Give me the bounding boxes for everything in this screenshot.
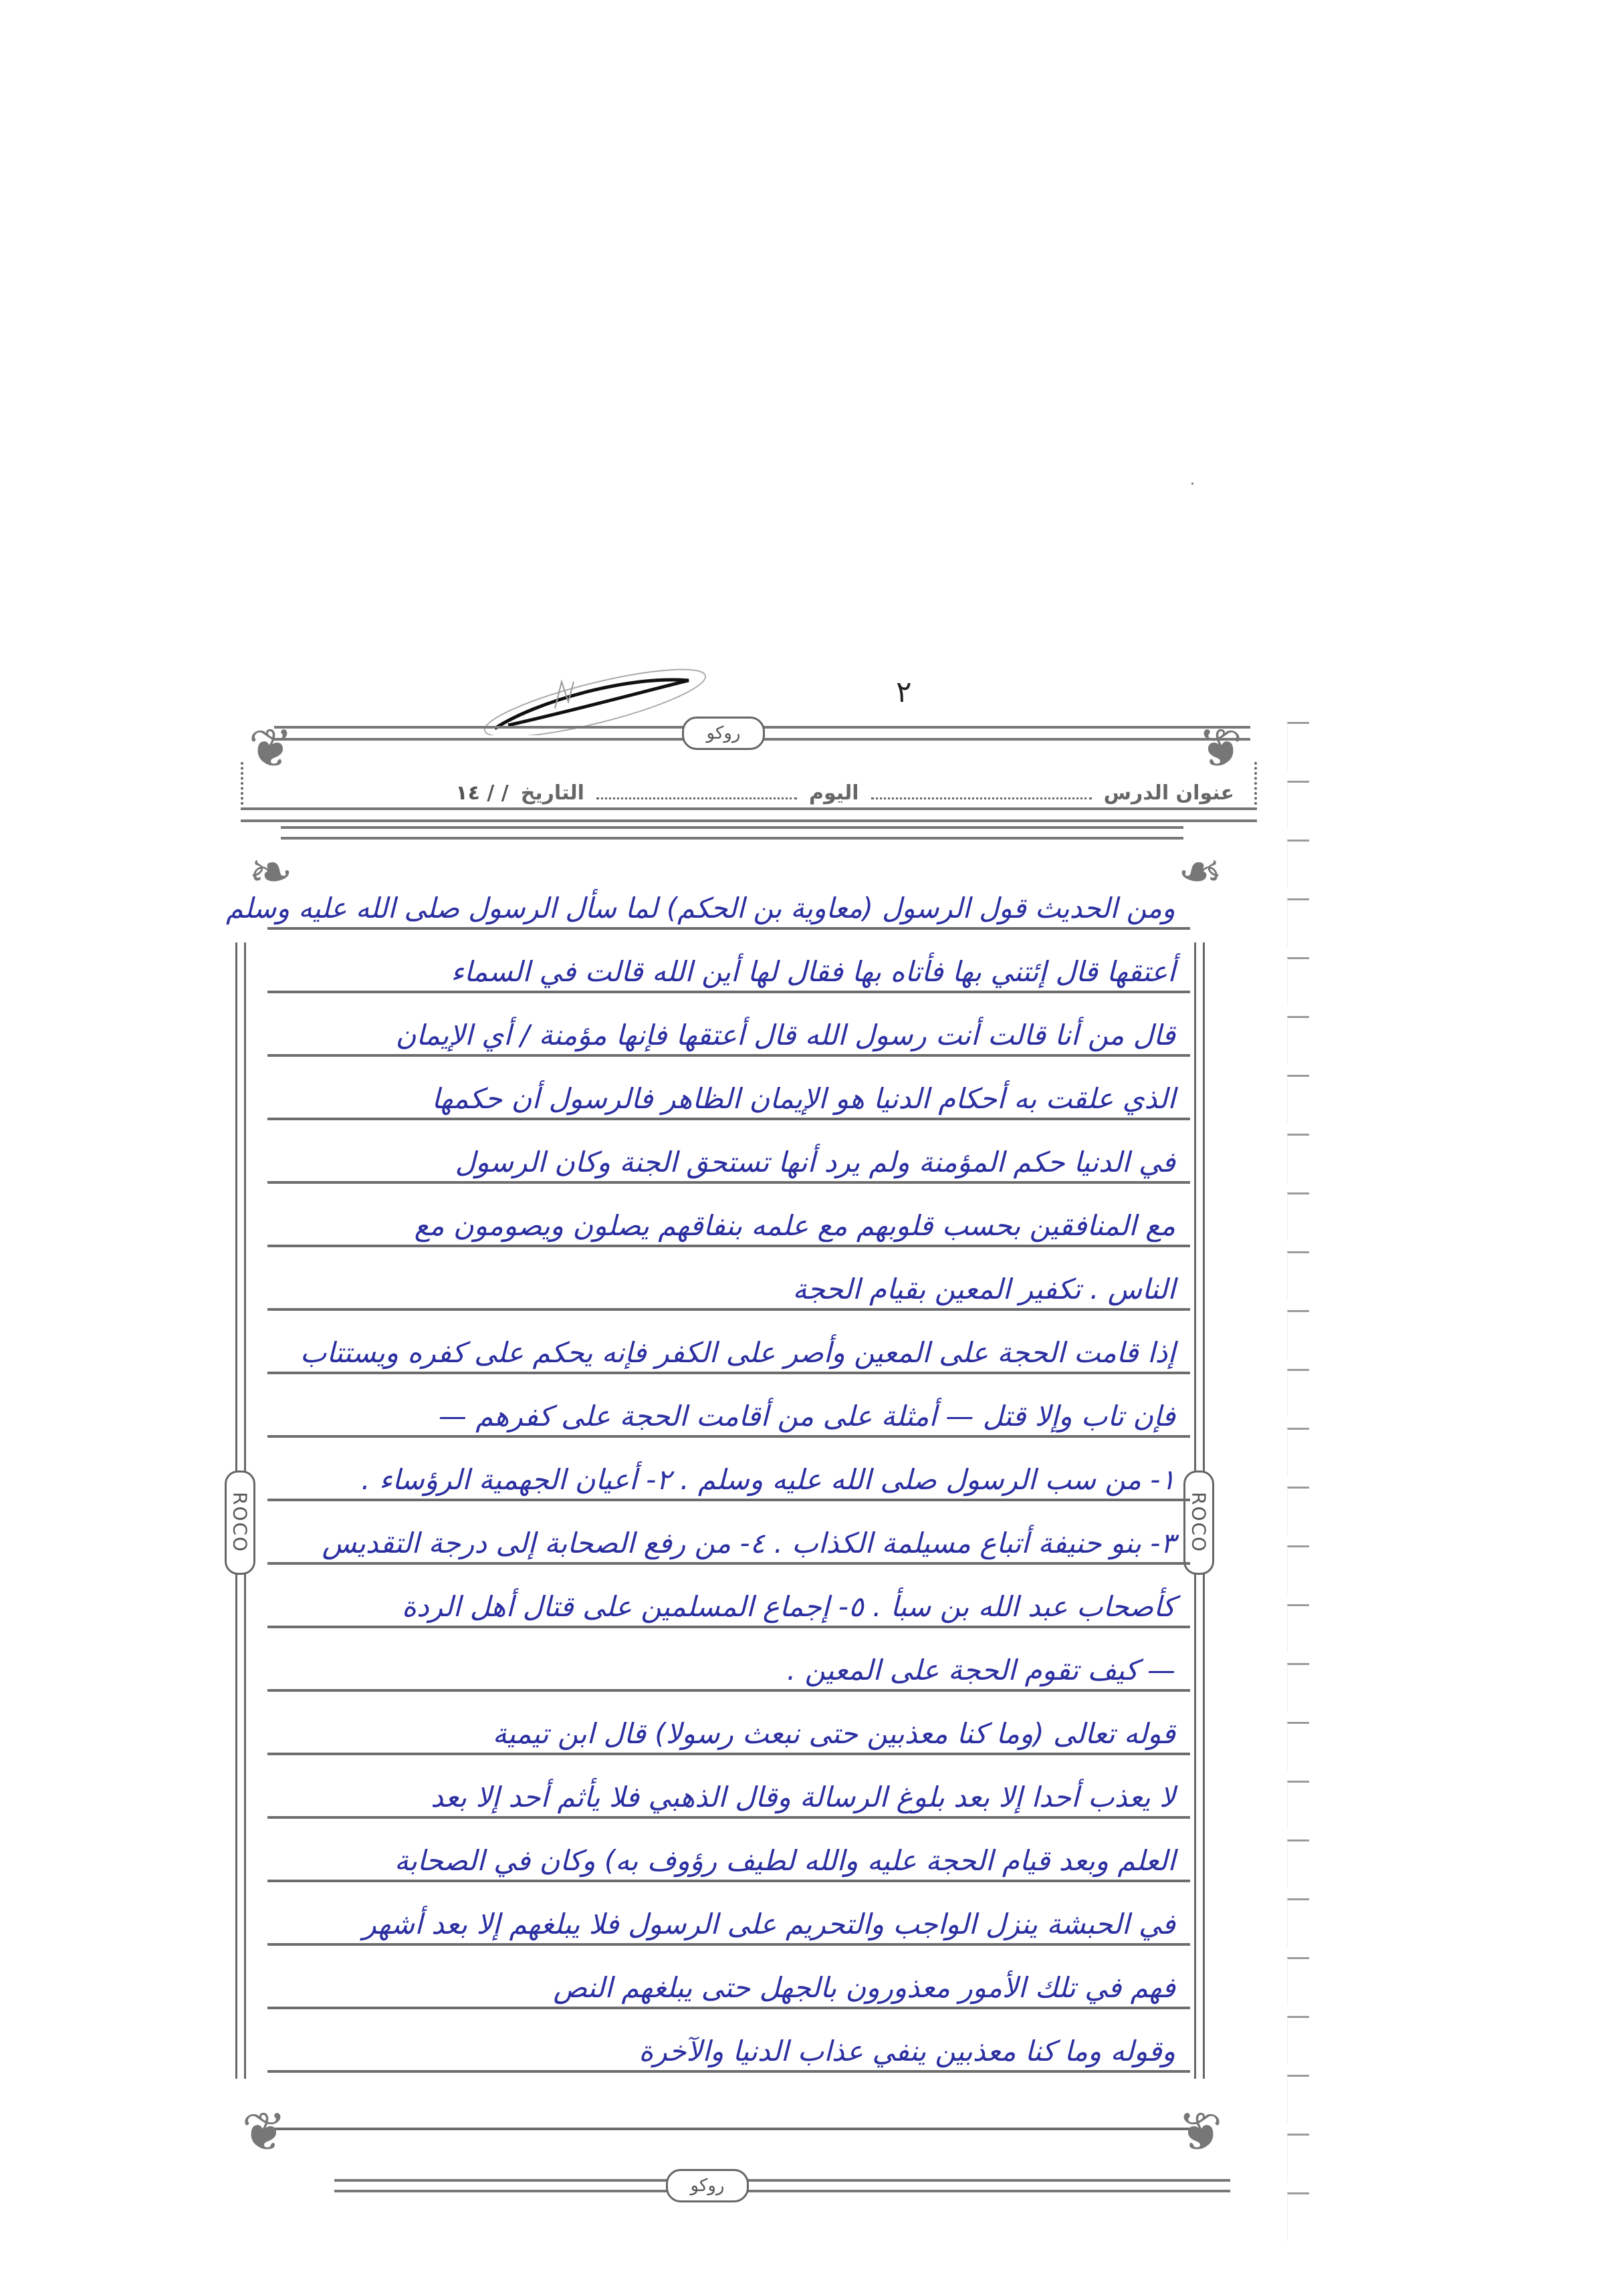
handwritten-line: في الدنيا حكم المؤمنة ولم يرد أنها تستحق… (455, 1142, 1175, 1182)
perforation-mark (1287, 1487, 1309, 1535)
handwritten-line: الناس . تكفير المعين بقيام الحجة (792, 1269, 1175, 1309)
perforation-mark (1287, 2134, 1309, 2182)
ornament-icon: ❦ (1163, 2092, 1237, 2172)
perforation-mark (1287, 1663, 1309, 1712)
footer-border (334, 2179, 1230, 2192)
lesson-title-label: عنوان الدرس (1104, 781, 1234, 805)
handwritten-line: إذا قامت الحجة على المعين وأصر على الكفر… (300, 1333, 1175, 1373)
perforation-mark (1287, 1192, 1309, 1241)
handwritten-line: ٣- بنو حنيفة أتباع مسيلمة الكذاب . ٤- من… (322, 1523, 1175, 1563)
date-field: / / ١٤ (455, 781, 508, 805)
ruled-line (267, 2128, 1190, 2130)
perforation-mark (1287, 722, 1309, 771)
perforation-mark (1287, 1781, 1309, 1829)
perforation-mark (1287, 1839, 1309, 1888)
handwritten-line: مع المنافقين بحسب قلوبهم مع علمه بنفاقهم… (415, 1206, 1175, 1246)
stray-dot (1191, 483, 1193, 485)
header-bottom-border (241, 807, 1257, 822)
handwritten-line: — كيف تقوم الحجة على المعين . (787, 1650, 1175, 1690)
perforation-mark (1287, 1604, 1309, 1653)
ornament-icon: ❦ (227, 2092, 301, 2172)
brand-badge-top: روكو (682, 717, 765, 750)
perforation-mark (1287, 781, 1309, 830)
roco-tab-left: ROCO (225, 1471, 255, 1575)
content-top-border (281, 826, 1183, 840)
perforation-mark (1287, 1310, 1309, 1359)
perforation-mark (1287, 2075, 1309, 2124)
perforation-mark (1287, 1428, 1309, 1477)
handwritten-line: قوله تعالى (وما كنا معذبين حتى نبعث رسول… (493, 1714, 1175, 1754)
handwritten-line: كأصحاب عبد الله بن سبأ . ٥- إجماع المسلم… (402, 1587, 1175, 1627)
handwritten-line: فهم في تلك الأمور معذورون بالجهل حتى يبل… (553, 1968, 1175, 2008)
perforation-mark (1287, 898, 1309, 947)
date-label: التاريخ (521, 781, 584, 805)
handwritten-line: أعتقها قال إئتني بها فأتاه بها فقال لها … (451, 952, 1175, 992)
perforation-mark (1287, 1016, 1309, 1065)
perforation-mark (1287, 957, 1309, 1006)
perforation-mark (1287, 1545, 1309, 1594)
perforation-mark (1287, 1957, 1309, 2006)
handwritten-line: ومن الحديث قول الرسول (معاوية بن الحكم) … (226, 888, 1175, 928)
handwritten-line: في الحبشة ينزل الواجب والتحريم على الرسو… (362, 1904, 1175, 1944)
brand-badge-bottom: روكو (666, 2169, 749, 2202)
handwritten-line: قال من أنا قالت أنت رسول الله قال أعتقها… (396, 1015, 1175, 1055)
perforation-mark (1287, 840, 1309, 888)
perforation-mark (1287, 1134, 1309, 1182)
lesson-title-field (871, 784, 1092, 799)
roco-tab-right: ROCO (1183, 1471, 1214, 1575)
lesson-header: عنوان الدرس اليوم التاريخ / / ١٤ (241, 762, 1257, 805)
perforation-mark (1287, 1369, 1309, 1418)
handwritten-line: الذي علقت به أحكام الدنيا هو الإيمان الظ… (432, 1079, 1175, 1119)
day-field (596, 784, 797, 799)
notebook-page: ٢ روكو ❦ ❦ عنوان الدرس اليوم التاريخ / /… (0, 0, 1610, 2296)
perforation-mark (1287, 1251, 1309, 1300)
handwritten-line: ١- من سب الرسول صلى الله عليه وسلم . ٢- … (361, 1460, 1175, 1500)
perforation-mark (1287, 1075, 1309, 1124)
perforation-mark (1287, 1722, 1309, 1771)
handwritten-line: العلم وبعد قيام الحجة عليه والله لطيف رؤ… (394, 1841, 1175, 1881)
handwritten-line: فإن تاب وإلا قتل — أمثلة على من أقامت ال… (439, 1396, 1175, 1436)
handwritten-line: وقوله وما كنا معذبين ينفي عذاب الدنيا وا… (639, 2031, 1175, 2071)
scribble-mark (481, 662, 709, 735)
page-marker: ٢ (896, 675, 912, 709)
perforation-mark (1287, 2192, 1309, 2241)
perforation-mark (1287, 2016, 1309, 2065)
handwritten-line: لا يعذب أحدا إلا بعد بلوغ الرسالة وقال ا… (431, 1777, 1175, 1817)
perforation-mark (1287, 1898, 1309, 1947)
day-label: اليوم (809, 781, 859, 805)
